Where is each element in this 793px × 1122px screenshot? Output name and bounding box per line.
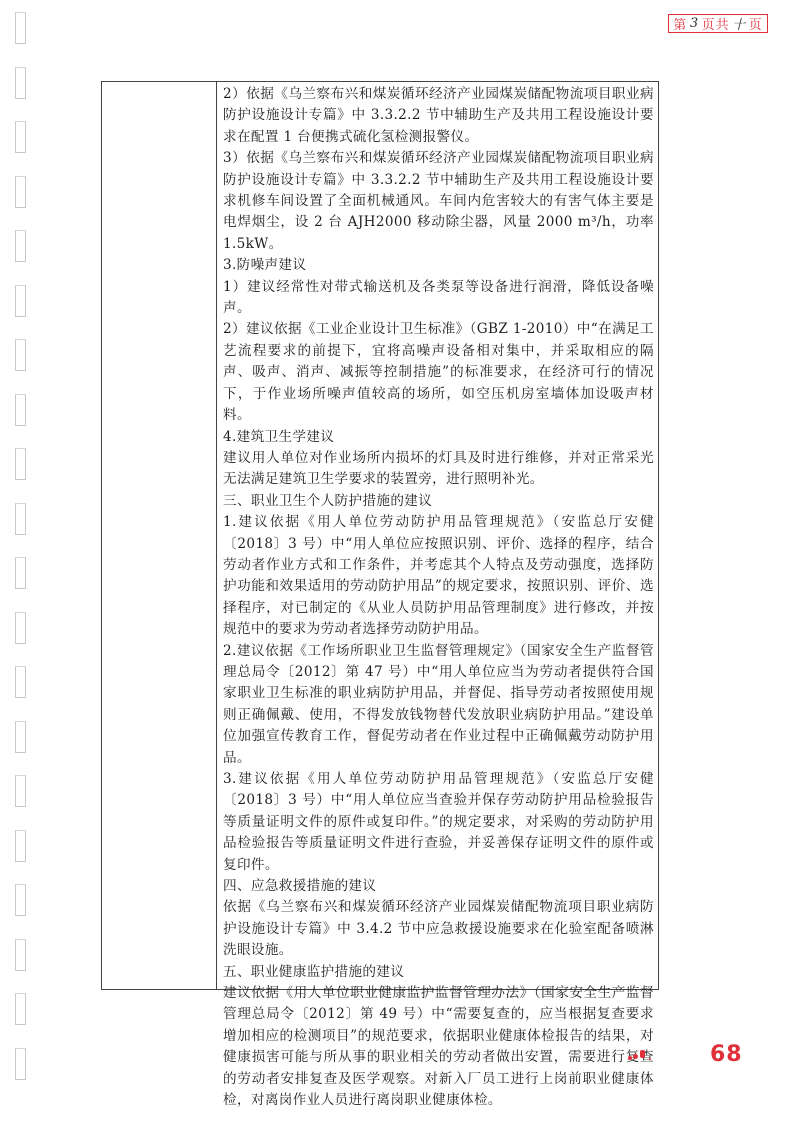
binding-hole: [15, 775, 26, 807]
section-heading: 3.防噪声建议: [223, 255, 654, 276]
stamp-current-page: 3: [690, 16, 699, 31]
stamp-suffix: 页: [749, 14, 763, 33]
paragraph: 建议用人单位对作业场所内损坏的灯具及时进行维修，并对正常采光无法满足建筑卫生学要…: [223, 448, 654, 491]
binding-hole: [15, 884, 26, 916]
paragraph: 3.建议依据《用人单位劳动防护用品管理规范》（安监总厅安健〔2018〕3 号）中…: [223, 769, 654, 876]
paragraph: 3）依据《乌兰察布兴和煤炭循环经济产业园煤炭储配物流项目职业病防护设施设计专篇》…: [223, 148, 654, 255]
binding-hole: [15, 285, 26, 317]
binding-hole: [15, 339, 26, 371]
paragraph: 2）依据《乌兰察布兴和煤炭循环经济产业园煤炭储配物流项目职业病防护设施设计专篇》…: [223, 84, 654, 148]
section-heading: 四、应急救援措施的建议: [223, 876, 654, 897]
binding-hole: [15, 721, 26, 753]
stamp-total-pages: 十: [732, 14, 746, 33]
stamp-prefix: 第: [673, 14, 687, 33]
binding-hole: [15, 830, 26, 862]
red-stamp-marks: [628, 1048, 658, 1062]
binding-hole: [15, 557, 26, 589]
page-count-stamp: 第 3 页共 十 页: [668, 14, 768, 33]
table-label-column: [102, 82, 217, 989]
binding-hole: [15, 121, 26, 153]
binding-hole: [15, 666, 26, 698]
binding-hole: [15, 176, 26, 208]
paragraph: 2）建议依据《工业企业设计卫生标准》（GBZ 1-2010）中“在满足工艺流程要…: [223, 319, 654, 426]
page-number: 68: [710, 1042, 743, 1067]
binding-hole: [15, 503, 26, 535]
binding-hole: [15, 939, 26, 971]
document-table: 2）依据《乌兰察布兴和煤炭循环经济产业园煤炭储配物流项目职业病防护设施设计专篇》…: [101, 81, 659, 990]
binding-margin: [15, 12, 27, 1112]
paragraph: 1）建议经常性对带式输送机及各类泵等设备进行润滑，降低设备噪声。: [223, 277, 654, 320]
section-heading: 三、职业卫生个人防护措施的建议: [223, 491, 654, 512]
table-content-column: 2）依据《乌兰察布兴和煤炭循环经济产业园煤炭储配物流项目职业病防护设施设计专篇》…: [217, 82, 658, 989]
binding-hole: [15, 993, 26, 1025]
binding-hole: [15, 230, 26, 262]
binding-hole: [15, 448, 26, 480]
binding-hole: [15, 612, 26, 644]
section-heading: 五、职业健康监护措施的建议: [223, 962, 654, 983]
paragraph: 1.建议依据《用人单位劳动防护用品管理规范》（安监总厅安健〔2018〕3 号）中…: [223, 512, 654, 640]
paragraph: 依据《乌兰察布兴和煤炭循环经济产业园煤炭储配物流项目职业病防护设施设计专篇》中 …: [223, 897, 654, 961]
binding-hole: [15, 394, 26, 426]
section-heading: 4.建筑卫生学建议: [223, 427, 654, 448]
paragraph: 建议依据《用人单位职业健康监护监督管理办法》（国家安全生产监督管理总局令〔201…: [223, 983, 654, 1111]
binding-hole: [15, 1048, 26, 1080]
binding-hole: [15, 12, 26, 44]
paragraph: 2.建议依据《工作场所职业卫生监督管理规定》（国家安全生产监督管理总局令〔201…: [223, 641, 654, 769]
binding-hole: [15, 67, 26, 99]
stamp-middle: 页共: [702, 14, 730, 33]
